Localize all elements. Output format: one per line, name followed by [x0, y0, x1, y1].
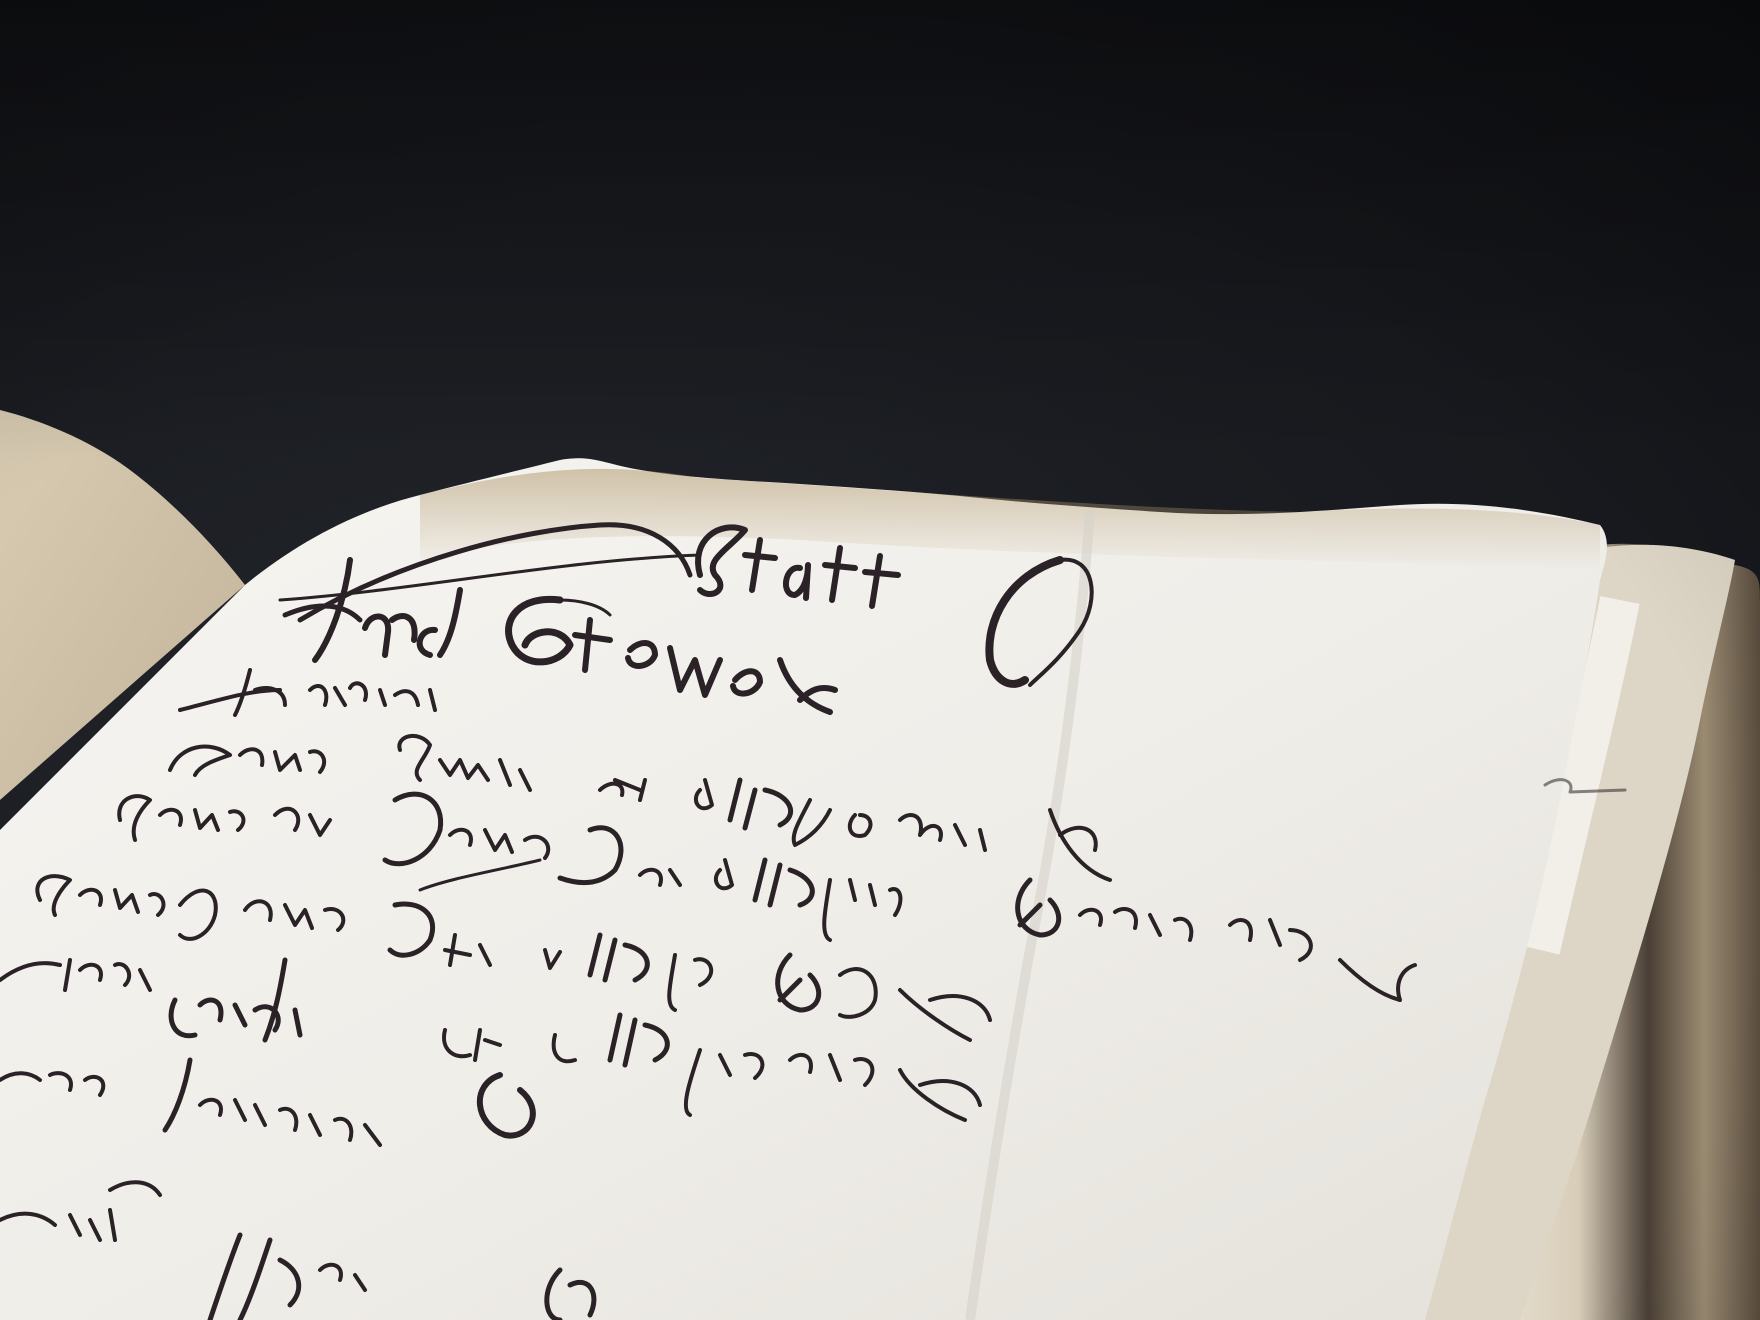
photo-scene: Statt vnd Stewer Ir ersten Hanns … Hans …: [0, 0, 1760, 1320]
manuscript-illustration: [0, 0, 1760, 1320]
